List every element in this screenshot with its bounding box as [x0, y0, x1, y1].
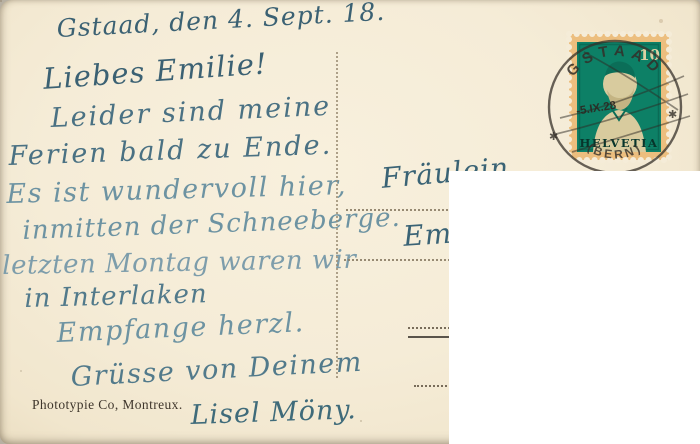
postmark-region-label: (BERN) [585, 140, 645, 161]
handwritten-line: Ferien bald zu Ende. [8, 130, 333, 172]
handwritten-line: inmitten der Schneeberge. [22, 203, 401, 246]
svg-text:(BERN): (BERN) [585, 140, 645, 161]
postmark-town-label: GSTAAD [563, 42, 667, 80]
address-divider-line [336, 52, 338, 378]
postmark-star-left: ✱ [549, 130, 558, 143]
handwritten-line: letzten Montag waren wir [2, 245, 357, 281]
handwritten-line: Leider sind meine [50, 91, 332, 134]
handwritten-signature: Lisel Möny. [190, 394, 357, 431]
postcard-back: Gstaad, den 4. Sept. 18. Liebes Emilie! … [0, 0, 700, 444]
handwritten-dateline: Gstaad, den 4. Sept. 18. [56, 0, 386, 43]
postmark-star-right: ✱ [668, 108, 677, 121]
publisher-imprint: Phototypie Co, Montreux. [32, 397, 183, 413]
svg-text:GSTAAD: GSTAAD [563, 42, 667, 80]
postmark-date: -5.IX.28 [575, 99, 617, 117]
handwritten-closing: Empfange herzl. [56, 307, 305, 349]
handwritten-line: in Interlaken [24, 279, 208, 314]
covered-region [449, 171, 700, 444]
handwritten-closing: Grüsse von Deinem [70, 347, 364, 393]
handwritten-salutation: Liebes Emilie! [42, 46, 269, 96]
handwritten-line: Es ist wundervoll hier, [6, 170, 347, 210]
paper-specks [0, 0, 2, 2]
